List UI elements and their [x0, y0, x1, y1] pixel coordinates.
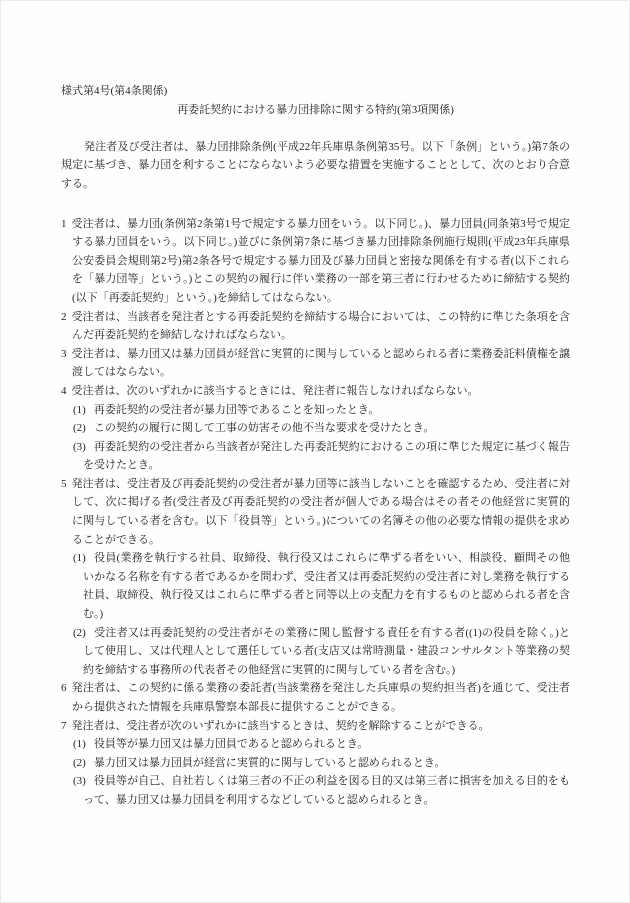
clause-1-number: 1: [61, 218, 67, 230]
clause-2: 2受注者は、当該者を発注者とする再委託契約を締結する場合においては、この特約に準…: [61, 308, 570, 345]
clause-list: 1受注者は、暴力団(条例第2条第1号で規定する暴力団をいう。以下同じ。)、暴力団…: [61, 215, 570, 810]
clause-5-sub-2-number: (2): [73, 627, 86, 639]
clause-1: 1受注者は、暴力団(条例第2条第1号で規定する暴力団をいう。以下同じ。)、暴力団…: [61, 215, 570, 308]
document-page: 様式第4号(第4条関係) 再委託契約における暴力団排除に関する特約(第3項関係)…: [0, 0, 630, 903]
clause-7-sub-2-number: (2): [73, 757, 86, 769]
clause-4-sub-2: (2)この契約の履行に関して工事の妨害その他不当な要求を受けたとき。: [73, 419, 570, 438]
clause-4-text: 受注者は、次のいずれかに該当するときには、発注者に報告しなければならない。: [72, 385, 479, 397]
clause-5-text: 発注者は、受注者及び再委託契約の受注者が暴力団等に該当しないことを確認するため、…: [72, 478, 571, 546]
clause-5-sub-2-text: 受注者又は再委託契約の受注者がその業務に関し監督する責任を有する者((1)の役員…: [83, 627, 570, 676]
clause-2-text: 受注者は、当該者を発注者とする再委託契約を締結する場合においては、この特約に準じ…: [72, 311, 571, 342]
clause-7-sub-2-text: 暴力団又は暴力団員が経営に実質的に関与していると認められるとき。: [94, 757, 446, 769]
clause-3: 3受注者は、暴力団又は暴力団員が経営に実質的に関与していると認められる者に業務委…: [61, 345, 570, 382]
document-title: 再委託契約における暴力団排除に関する特約(第3項関係): [61, 101, 570, 120]
clause-4-sub-2-text: この契約の履行に関して工事の妨害その他不当な要求を受けたとき。: [94, 422, 435, 434]
clause-5-number: 5: [61, 478, 67, 490]
clause-7-sub-1-text: 役員等が暴力団又は暴力団員であると認められるとき。: [94, 738, 369, 750]
clause-5-sub-2: (2)受注者又は再委託契約の受注者がその業務に関し監督する責任を有する者((1)…: [73, 624, 570, 680]
clause-3-text: 受注者は、暴力団又は暴力団員が経営に実質的に関与していると認められる者に業務委託…: [72, 348, 571, 379]
clause-5: 5発注者は、受注者及び再委託契約の受注者が暴力団等に該当しないことを確認するため…: [61, 475, 570, 549]
form-label: 様式第4号(第4条関係): [61, 82, 570, 101]
clause-2-number: 2: [61, 311, 67, 323]
clause-4-sub-3-text: 再委託契約の受注者から当該者が発注した再委託契約におけるこの項に準じた規定に基づ…: [83, 441, 570, 472]
intro-paragraph: 発注者及び受注者は、暴力団排除条例(平成22年兵庫県条例第35号。以下「条例」と…: [61, 138, 570, 194]
clause-3-number: 3: [61, 348, 67, 360]
clause-6: 6発注者は、この契約に係る業務の委託者(当該業務を発注した兵庫県の契約担当者)を…: [61, 679, 570, 716]
clause-6-number: 6: [61, 682, 67, 694]
clause-7-number: 7: [61, 720, 67, 732]
clause-4-sub-2-number: (2): [73, 422, 86, 434]
clause-7-text: 発注者は、受注者が次のいずれかに該当するときは、契約を解除することができる。: [72, 720, 490, 732]
clause-4: 4受注者は、次のいずれかに該当するときには、発注者に報告しなければならない。: [61, 382, 570, 401]
clause-7-sub-1: (1)役員等が暴力団又は暴力団員であると認められるとき。: [73, 735, 570, 754]
clause-1-text: 受注者は、暴力団(条例第2条第1号で規定する暴力団をいう。以下同じ。)、暴力団員…: [72, 218, 571, 304]
clause-4-sub-1: (1)再委託契約の受注者が暴力団等であることを知ったとき。: [73, 401, 570, 420]
clause-5-sub-1-text: 役員(業務を執行する社員、取締役、執行役又はこれらに準ずる者をいい、相談役、顧問…: [83, 552, 570, 620]
clause-7-sub-3-number: (3): [73, 775, 86, 787]
clause-4-sub-3-number: (3): [73, 441, 86, 453]
clause-7-sub-2: (2)暴力団又は暴力団員が経営に実質的に関与していると認められるとき。: [73, 754, 570, 773]
clause-7: 7発注者は、受注者が次のいずれかに該当するときは、契約を解除することができる。: [61, 717, 570, 736]
clause-4-sub-1-number: (1): [73, 404, 86, 416]
clause-5-sub-1: (1)役員(業務を執行する社員、取締役、執行役又はこれらに準ずる者をいい、相談役…: [73, 549, 570, 623]
clause-4-number: 4: [61, 385, 67, 397]
clause-7-sub-3: (3)役員等が自己、自社若しくは第三者の不正の利益を図る目的又は第三者に損害を加…: [73, 772, 570, 809]
clause-4-sub-1-text: 再委託契約の受注者が暴力団等であることを知ったとき。: [94, 404, 380, 416]
clause-4-sub-3: (3)再委託契約の受注者から当該者が発注した再委託契約におけるこの項に準じた規定…: [73, 438, 570, 475]
clause-7-sub-1-number: (1): [73, 738, 86, 750]
clause-5-sub-1-number: (1): [73, 552, 86, 564]
clause-7-sub-3-text: 役員等が自己、自社若しくは第三者の不正の利益を図る目的又は第三者に損害を加える目…: [83, 775, 570, 806]
clause-6-text: 発注者は、この契約に係る業務の委託者(当該業務を発注した兵庫県の契約担当者)を通…: [72, 682, 571, 713]
